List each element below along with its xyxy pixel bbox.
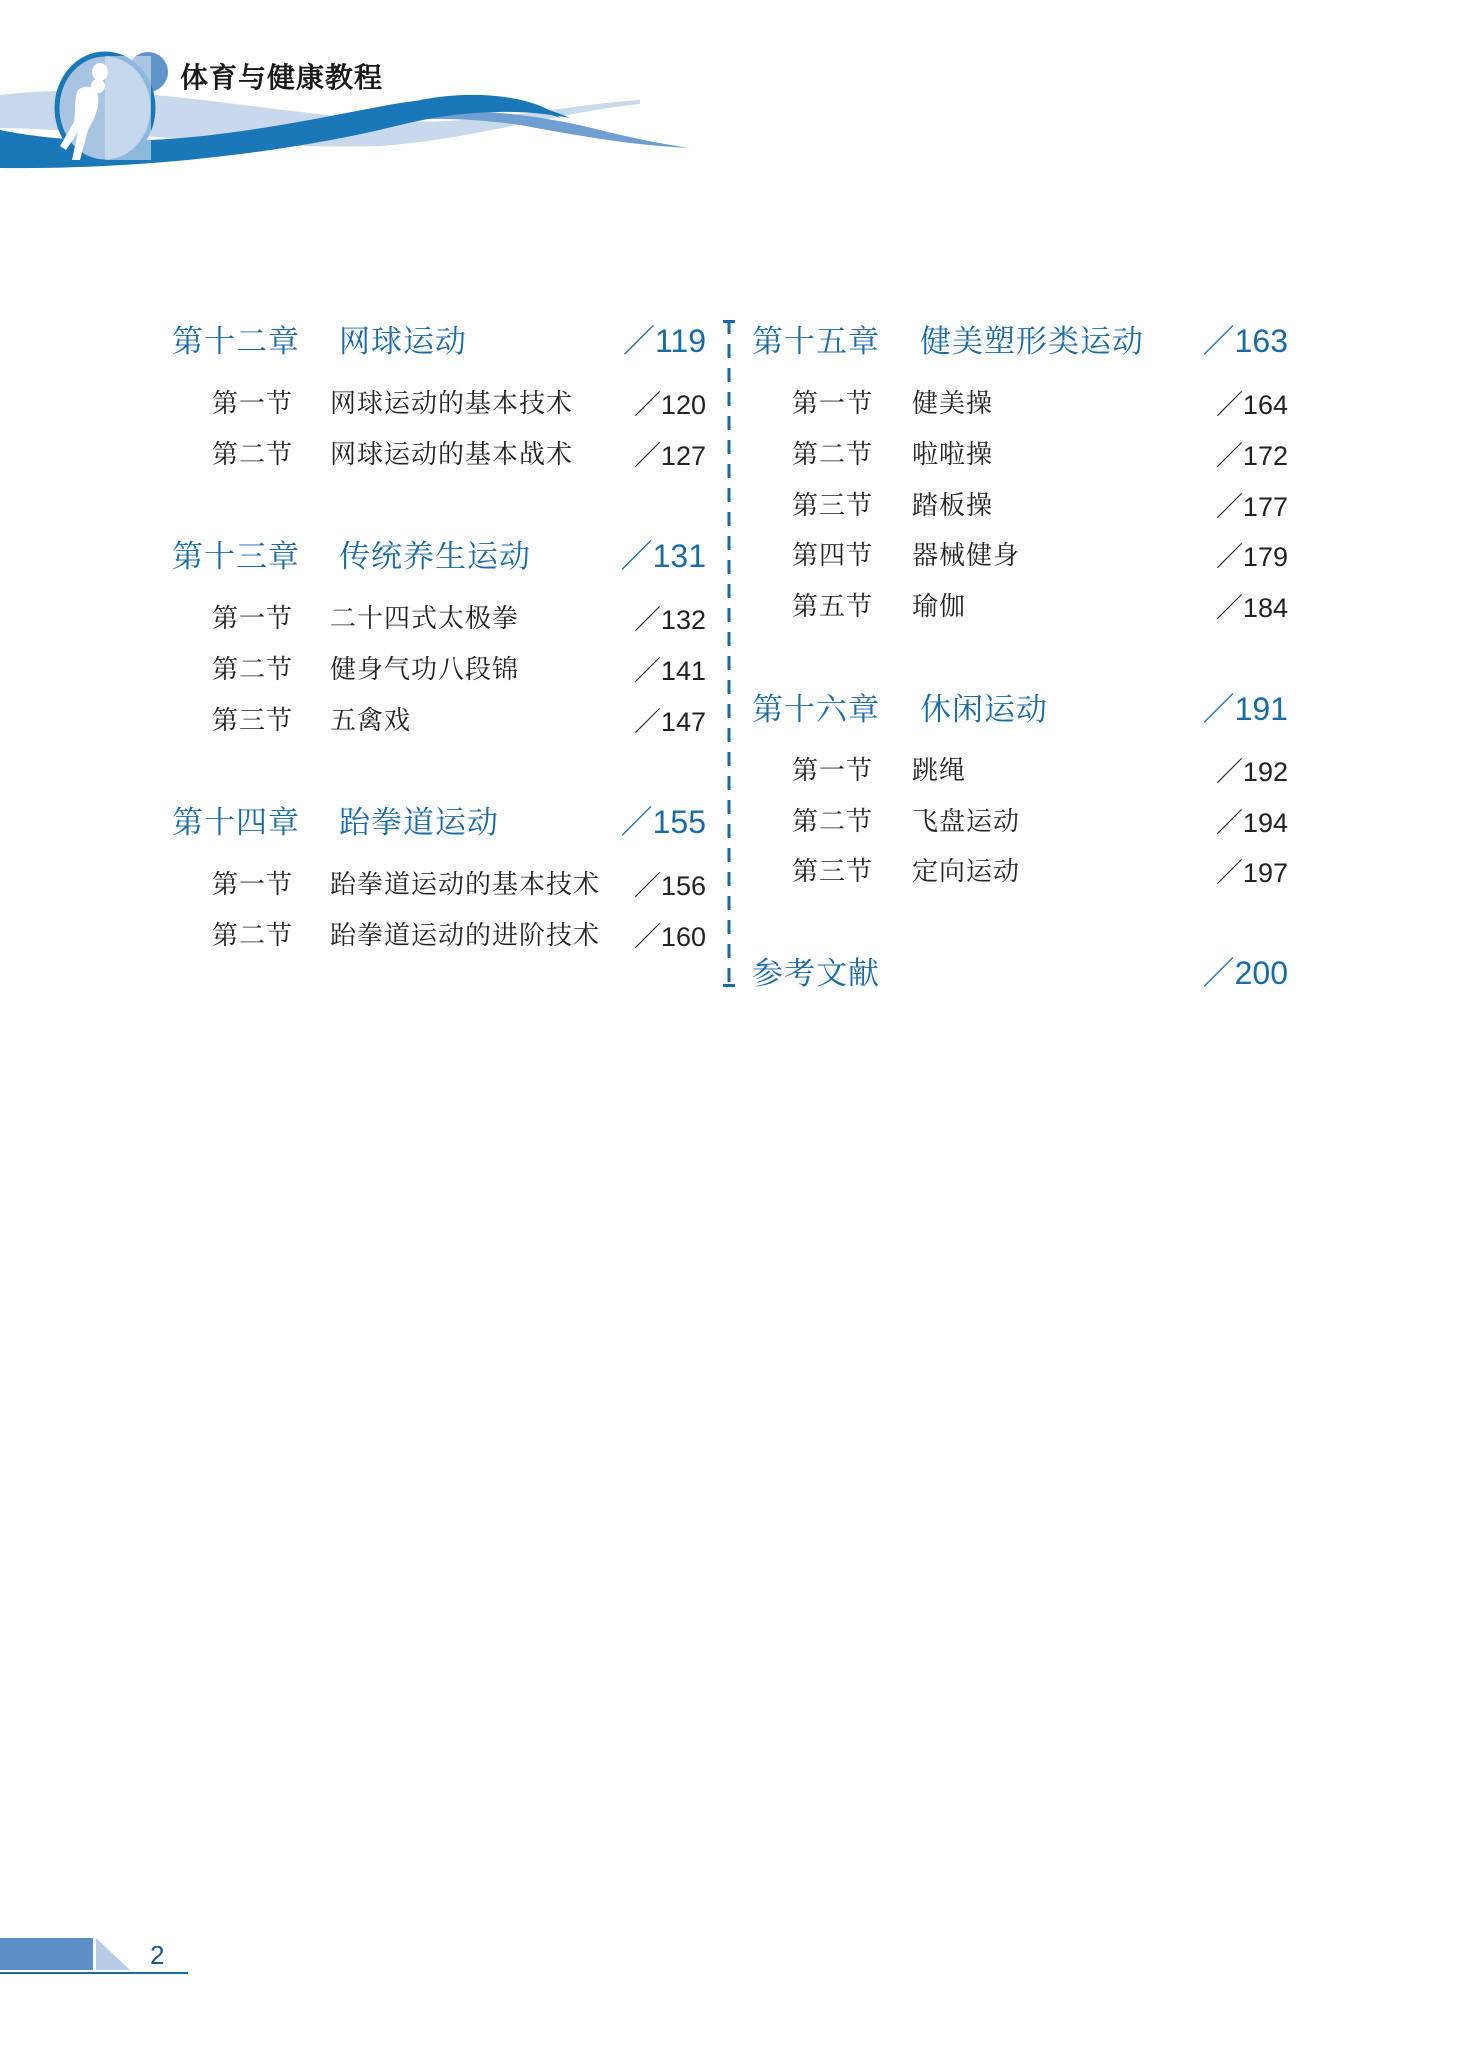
section-number: 第三节: [792, 485, 873, 522]
section-title: 啦啦操: [912, 434, 993, 471]
section-number: 第一节: [792, 750, 873, 787]
section-number: 第二节: [212, 649, 293, 686]
section-number: 第一节: [212, 864, 293, 901]
section-title: 跆拳道运动的基本技术: [330, 864, 600, 901]
chapter-title: 跆拳道运动: [339, 797, 499, 842]
references-label: 参考文献: [752, 948, 880, 993]
section-page: ／184: [1216, 586, 1288, 625]
chapter-title: 健美塑形类运动: [920, 316, 1144, 361]
section-title: 定向运动: [912, 851, 1020, 888]
section-page: ／192: [1216, 750, 1288, 789]
toc-section[interactable]: 第一节 网球运动的基本技术 ／120: [172, 383, 706, 417]
chapter-number: 第十二章: [172, 316, 300, 361]
toc-section[interactable]: 第一节 跳绳 ／192: [752, 750, 1288, 784]
book-title: 体育与健康教程: [180, 56, 383, 96]
footer-bar: [0, 1938, 93, 1970]
section-number: 第四节: [792, 535, 873, 572]
section-page: ／197: [1216, 851, 1288, 890]
section-page: ／141: [634, 649, 706, 688]
section-title: 五禽戏: [330, 700, 411, 737]
section-title: 网球运动的基本战术: [330, 434, 573, 471]
toc-chapter[interactable]: 第十四章 跆拳道运动 ／155: [172, 797, 706, 837]
footer-rule: [0, 1972, 188, 1974]
toc-section[interactable]: 第二节 飞盘运动 ／194: [752, 801, 1288, 835]
toc-section[interactable]: 第五节 瑜伽 ／184: [752, 586, 1288, 620]
section-title: 二十四式太极拳: [330, 598, 519, 635]
chapter-title: 传统养生运动: [339, 531, 531, 576]
toc-section[interactable]: 第一节 二十四式太极拳 ／132: [172, 598, 706, 632]
section-number: 第三节: [212, 700, 293, 737]
toc-section[interactable]: 第二节 跆拳道运动的进阶技术 ／160: [172, 915, 706, 949]
section-title: 跳绳: [912, 750, 966, 787]
references-page: ／200: [1203, 948, 1288, 994]
toc-section[interactable]: 第三节 踏板操 ／177: [752, 485, 1288, 519]
toc-section[interactable]: 第一节 跆拳道运动的基本技术 ／156: [172, 864, 706, 898]
chapter-page: ／155: [621, 797, 706, 843]
toc-section[interactable]: 第二节 健身气功八段锦 ／141: [172, 649, 706, 683]
chapter-title: 休闲运动: [920, 684, 1048, 729]
section-title: 器械健身: [912, 535, 1020, 572]
toc-section[interactable]: 第四节 器械健身 ／179: [752, 535, 1288, 569]
section-page: ／164: [1216, 383, 1288, 422]
section-number: 第一节: [212, 598, 293, 635]
toc-section[interactable]: 第一节 健美操 ／164: [752, 383, 1288, 417]
section-number: 第二节: [792, 801, 873, 838]
toc-section[interactable]: 第三节 定向运动 ／197: [752, 851, 1288, 885]
chapter-number: 第十六章: [752, 684, 880, 729]
chapter-number: 第十三章: [172, 531, 300, 576]
footer-triangle-icon: [96, 1938, 130, 1970]
section-page: ／172: [1216, 434, 1288, 473]
section-number: 第二节: [212, 434, 293, 471]
page-number: 2: [150, 1940, 164, 1971]
toc-section[interactable]: 第三节 五禽戏 ／147: [172, 700, 706, 734]
section-page: ／127: [634, 434, 706, 473]
section-number: 第一节: [212, 383, 293, 420]
section-title: 瑜伽: [912, 586, 966, 623]
section-title: 健美操: [912, 383, 993, 420]
section-number: 第五节: [792, 586, 873, 623]
section-number: 第二节: [792, 434, 873, 471]
section-page: ／179: [1216, 535, 1288, 574]
section-title: 飞盘运动: [912, 801, 1020, 838]
chapter-page: ／163: [1203, 316, 1288, 362]
section-number: 第二节: [212, 915, 293, 952]
chapter-page: ／191: [1203, 684, 1288, 730]
section-page: ／156: [634, 864, 706, 903]
section-number: 第三节: [792, 851, 873, 888]
section-page: ／160: [634, 915, 706, 954]
section-page: ／177: [1216, 485, 1288, 524]
section-page: ／120: [634, 383, 706, 422]
toc-chapter[interactable]: 第十三章 传统养生运动 ／131: [172, 531, 706, 571]
section-title: 网球运动的基本技术: [330, 383, 573, 420]
section-title: 健身气功八段锦: [330, 649, 519, 686]
section-page: ／132: [634, 598, 706, 637]
section-page: ／194: [1216, 801, 1288, 840]
chapter-page: ／131: [621, 531, 706, 577]
toc-section[interactable]: 第二节 啦啦操 ／172: [752, 434, 1288, 468]
divider-top-cap: [723, 320, 735, 323]
toc-chapter[interactable]: 第十二章 网球运动 ／119: [172, 316, 706, 356]
column-divider: [727, 320, 731, 986]
toc-references[interactable]: 参考文献 ／200: [752, 948, 1288, 988]
toc-section[interactable]: 第二节 网球运动的基本战术 ／127: [172, 434, 706, 468]
toc-chapter[interactable]: 第十六章 休闲运动 ／191: [752, 684, 1288, 724]
section-number: 第一节: [792, 383, 873, 420]
chapter-page: ／119: [623, 316, 706, 362]
divider-bottom-cap: [723, 984, 735, 987]
header-banner: 体育与健康教程: [0, 0, 720, 180]
chapter-title: 网球运动: [339, 316, 467, 361]
section-title: 跆拳道运动的进阶技术: [330, 915, 600, 952]
chapter-number: 第十五章: [752, 316, 880, 361]
chapter-number: 第十四章: [172, 797, 300, 842]
section-page: ／147: [634, 700, 706, 739]
section-title: 踏板操: [912, 485, 993, 522]
toc-chapter[interactable]: 第十五章 健美塑形类运动 ／163: [752, 316, 1288, 356]
